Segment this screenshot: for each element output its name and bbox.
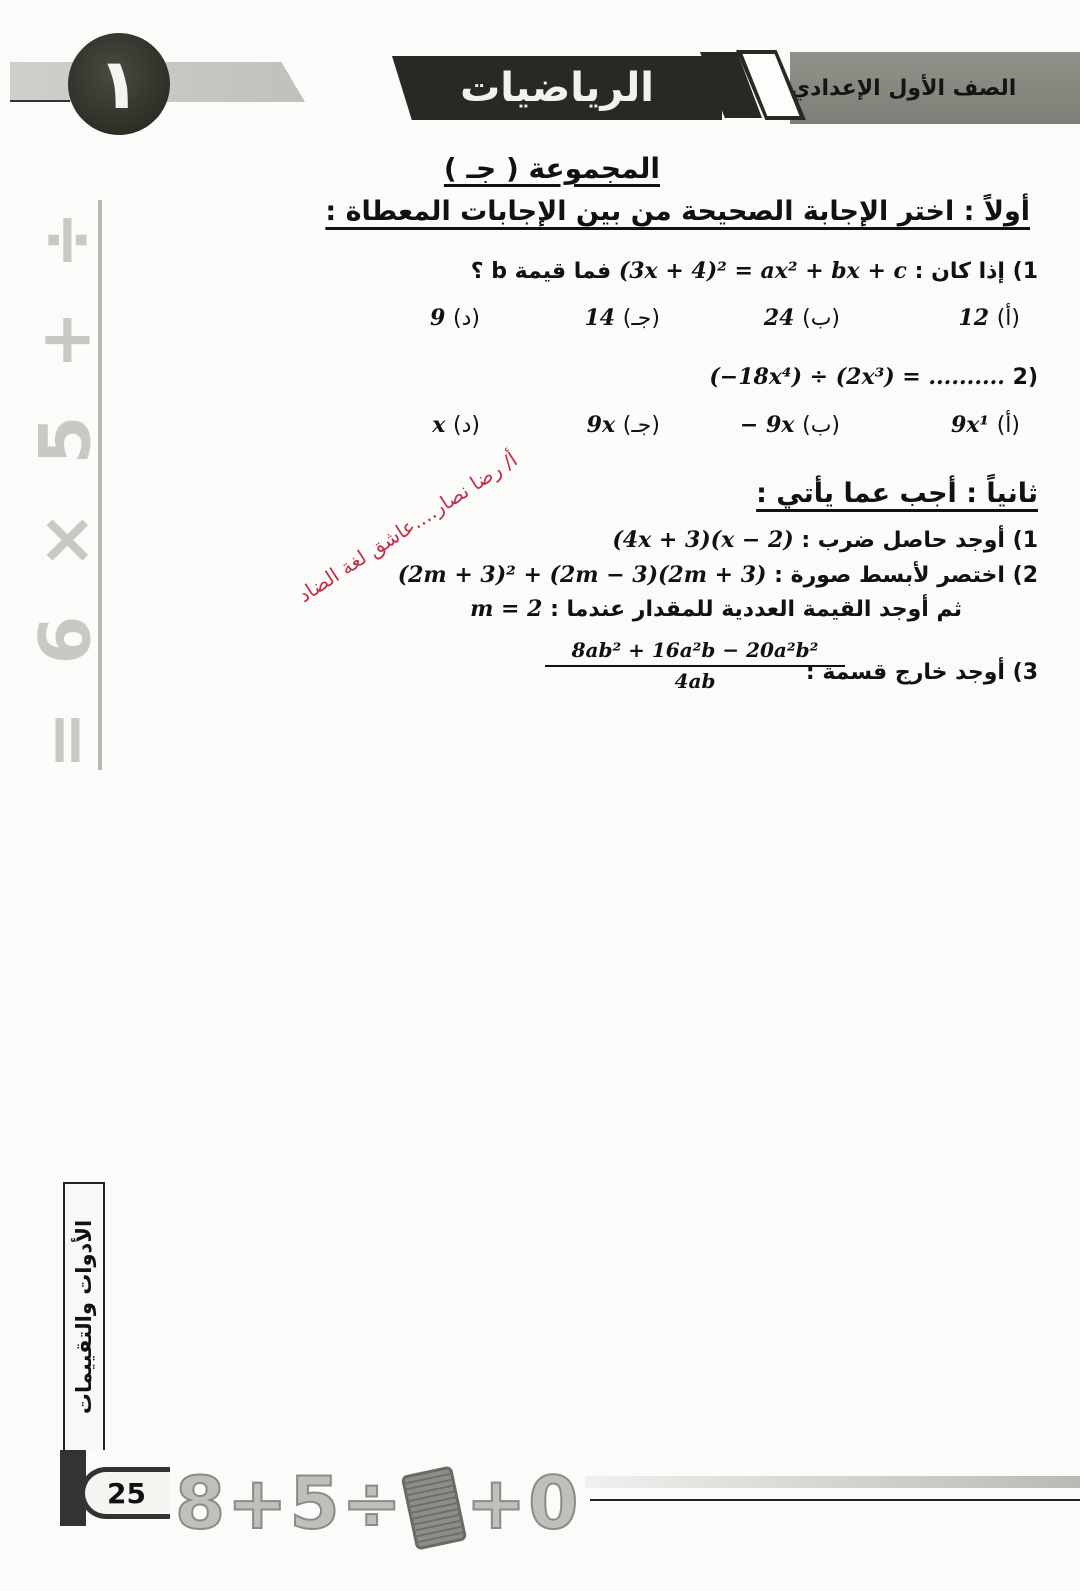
subject-banner: الرياضيات (392, 56, 722, 120)
section-one-title: أولاً : اختر الإجابة الصحيحة من بين الإج… (325, 196, 1030, 227)
option-b[interactable]: (ب) − 9x (660, 412, 840, 438)
question-2-number: (2 (1013, 365, 1038, 390)
plus-symbol-icon: + (466, 1461, 526, 1545)
fraction-denominator: 4ab (545, 667, 845, 693)
grade-banner: الصف الأول الإعدادي (790, 52, 1080, 124)
problem-1-text: أوجد حاصل ضرب : (801, 528, 1005, 553)
digit-six-icon: 6 (24, 616, 106, 665)
page-number: 25 (107, 1477, 146, 1510)
digit-zero-icon: 0 (528, 1461, 578, 1545)
calculator-icon (401, 1465, 468, 1550)
section-two-title: ثانياً : أجب عما يأتي : (756, 478, 1038, 509)
group-title: المجموعة ( جـ ) (444, 152, 660, 185)
problem-2-text: اختصر لأبسط صورة : (774, 563, 1005, 588)
problem-2-number: 2) (1013, 563, 1038, 588)
digit-eight-icon: 8 (175, 1461, 225, 1545)
author-watermark-text: أ/ رضا نصار....عاشق لغة الضاد (293, 447, 521, 607)
question-1-suffix: فما قيمة b ؟ (471, 259, 611, 284)
division-symbol-icon: ÷ (342, 1461, 402, 1545)
grade-title: الصف الأول الإعدادي (790, 76, 1016, 101)
option-a[interactable]: (أ) 12 (840, 305, 1020, 331)
section-side-tab-label: الأدوات والتقييمات (72, 1220, 96, 1414)
chapter-number-badge: ١ (68, 33, 170, 135)
problem-1: 1) أوجد حاصل ضرب : (4x + 3)(x − 2) (612, 527, 1038, 553)
digit-five-icon: 5 (289, 1461, 339, 1545)
question-1-prefix: إذا كان : (915, 259, 1005, 284)
multiply-symbol-icon: × (24, 511, 106, 570)
question-1: 1) إذا كان : (3x + 4)² = ax² + bx + c فم… (471, 258, 1038, 284)
page-number-badge: 25 (80, 1467, 170, 1519)
chapter-number: ١ (98, 43, 141, 125)
plus-symbol-icon: + (24, 311, 106, 370)
problem-3-number: 3) (1013, 660, 1038, 685)
plus-symbol-icon: + (227, 1461, 287, 1545)
equals-symbol-icon: = (24, 711, 106, 770)
question-2: (2 (−18x⁴) ÷ (2x³) = .......... (709, 364, 1038, 390)
footer-math-symbols: 8 + 5 ÷ + 0 (175, 1463, 578, 1543)
option-d[interactable]: (د) 9 (300, 305, 480, 331)
question-1-number: 1) (1013, 259, 1038, 284)
header-left-rule (10, 100, 70, 102)
subject-title: الرياضيات (460, 65, 654, 111)
digit-five-icon: 5 (24, 416, 106, 465)
section-side-tab: الأدوات والتقييمات (63, 1182, 105, 1450)
side-math-symbols: ÷ + 5 × 6 = (30, 190, 100, 790)
option-a[interactable]: (أ) 9x¹ (840, 412, 1020, 438)
footer-rule (590, 1499, 1080, 1501)
author-watermark: أ/ رضا نصار....عاشق لغة الضاد (300, 420, 660, 620)
division-symbol-icon: ÷ (24, 211, 106, 270)
question-2-equation: (−18x⁴) ÷ (2x³) = .......... (709, 364, 1005, 390)
option-c[interactable]: (جـ) 14 (480, 305, 660, 331)
option-b[interactable]: (ب) 24 (660, 305, 840, 331)
fraction-numerator: 8ab² + 16a²b − 20a²b² (545, 638, 845, 667)
question-1-options: (أ) 12 (ب) 24 (جـ) 14 (د) 9 (300, 305, 1020, 331)
question-1-equation: (3x + 4)² = ax² + bx + c (619, 258, 907, 284)
problem-1-number: 1) (1013, 528, 1038, 553)
footer-rule-grey (585, 1476, 1080, 1488)
problem-3-fraction: 8ab² + 16a²b − 20a²b² 4ab (545, 638, 845, 693)
